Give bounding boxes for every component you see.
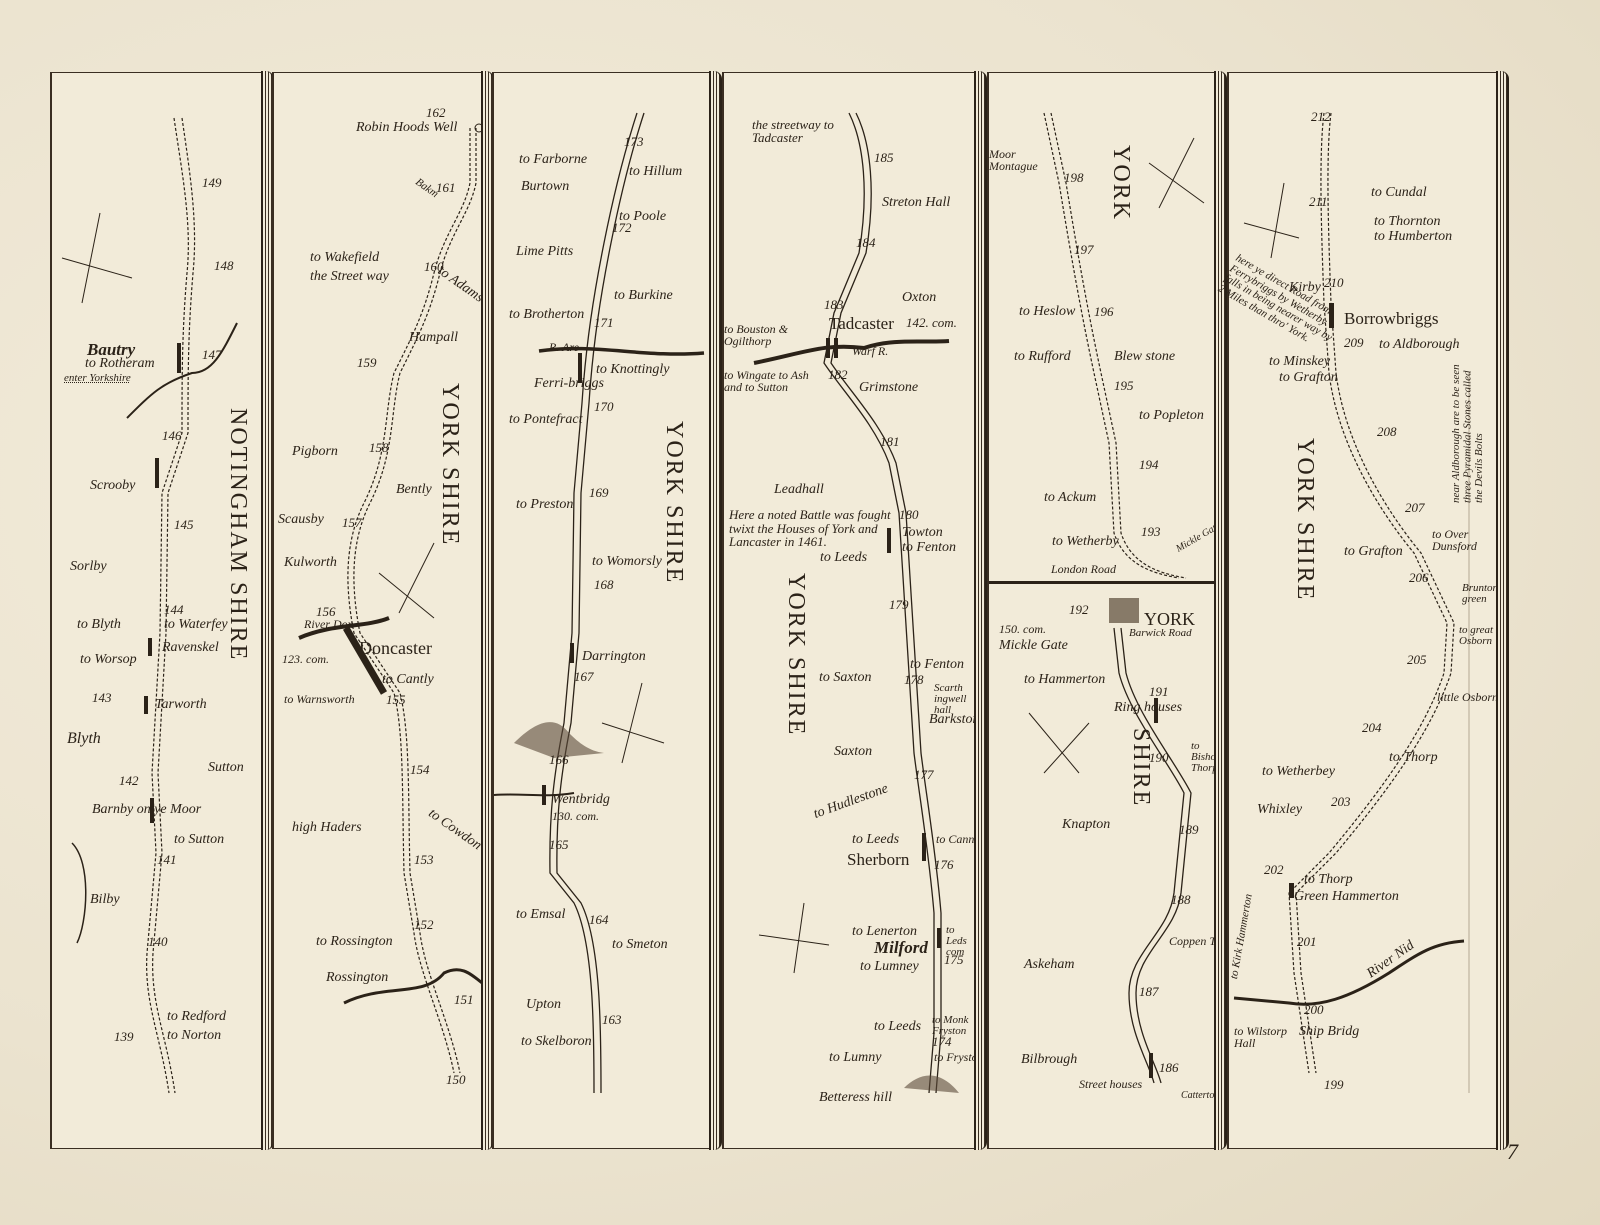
place-label: to Thorp (1389, 751, 1438, 765)
milestone: 212 (1311, 110, 1331, 123)
place-label: Sutton (208, 761, 244, 775)
strip-6: 212 to Cundal 211 to Thornton to Humbert… (1227, 72, 1499, 1149)
place-label: to Brotherton (509, 308, 584, 322)
milestone: 144 (164, 603, 184, 616)
place-label: to Sutton (174, 833, 224, 847)
milestone: 151 (454, 993, 474, 1006)
place-label: Streton Hall (882, 196, 950, 210)
town-barnby: Barnby on ye Moor (92, 803, 201, 817)
town-doncaster: Doncaster (359, 639, 432, 657)
place-label: to Redford (167, 1010, 226, 1024)
milestone: 145 (174, 518, 194, 531)
river-label: R. Are (549, 341, 579, 353)
place-label: to Leeds (852, 833, 899, 847)
road-strip-4 (724, 73, 977, 1148)
place-label: to Preston (516, 498, 573, 512)
place-label: to Rossington (316, 935, 393, 949)
milestone: 209 (1344, 336, 1364, 349)
place-label: Brunton green (1462, 583, 1502, 605)
milestone: 148 (214, 259, 234, 272)
town-ferribriggs: Ferri-briggs (534, 377, 604, 391)
milestone: 155 (386, 693, 406, 706)
place-label: to Bishop Thorp (1191, 741, 1219, 774)
place-label: Catterton (1181, 1091, 1219, 1101)
place-label: 142. com. (906, 316, 957, 329)
place-label: to Fenton (902, 541, 956, 555)
milestone: 143 (92, 691, 112, 704)
milestone: 210 (1324, 276, 1344, 289)
county-label-top: YORK (1107, 145, 1134, 305)
milestone: 195 (1114, 379, 1134, 392)
place-label: to Burkine (614, 289, 673, 303)
strip-3: 173 172 171 170 169 168 167 166 165 164 … (492, 72, 712, 1149)
place-label: Pigborn (292, 445, 338, 459)
town-milford: Milford (874, 939, 928, 956)
town-borrowbriggs: Borrowbriggs (1344, 310, 1438, 327)
milestone: 171 (594, 316, 614, 329)
place-label: to Farborne (519, 153, 587, 167)
milestone: 169 (589, 486, 609, 499)
milestone: 202 (1264, 863, 1284, 876)
place-label: Robin Hoods Well (356, 120, 466, 135)
place-label: the streetway to Tadcaster (752, 118, 852, 144)
town-wentbridg: Wentbridg (552, 793, 610, 807)
strip-4: the streetway to Tadcaster 185 Streton H… (722, 72, 977, 1149)
place-label: Grimstone (859, 381, 918, 395)
milestone: 152 (414, 918, 434, 931)
place-label: to Saxton (819, 671, 872, 685)
milestone: 150 (446, 1073, 466, 1086)
place-label: the Street way (310, 270, 389, 284)
milestone: 208 (1377, 425, 1397, 438)
place-label: Kulworth (284, 556, 337, 570)
milestone: 139 (114, 1030, 134, 1043)
place-label: Betteress hill (819, 1091, 892, 1105)
milestone: 180 (899, 508, 919, 521)
milestone: 140 (148, 935, 168, 948)
place-label: to Norton (167, 1029, 221, 1043)
place-label: to Womorsly (592, 555, 662, 569)
place-label: to Cundal (1371, 186, 1427, 200)
place-label: Upton (526, 998, 561, 1012)
place-label: to Grafton (1279, 371, 1338, 385)
place-label: to Leeds (874, 1020, 921, 1034)
place-label: 150. com. (999, 623, 1046, 635)
milestone: 174 (932, 1035, 952, 1048)
town-york: YORK (1144, 610, 1195, 628)
place-label: to Humberton (1374, 230, 1452, 244)
milestone: 153 (414, 853, 434, 866)
milestone: 154 (410, 763, 430, 776)
county-label: YORK SHIRE (660, 421, 687, 881)
place-label: to Knottingly (596, 363, 670, 377)
place-label: Street houses (1079, 1078, 1142, 1090)
milestone: 184 (856, 236, 876, 249)
place-label: Scausby (278, 513, 324, 527)
milestone: 189 (1179, 823, 1199, 836)
place-label: to Heslow (1019, 305, 1075, 319)
place-label: to Wetherbey (1262, 765, 1335, 779)
milestone: 157 (342, 516, 362, 529)
place-label: to Leeds (820, 551, 867, 565)
milestone: 165 (549, 838, 569, 851)
milestone: 141 (157, 853, 177, 866)
milestone: 204 (1362, 721, 1382, 734)
place-label: to Fryston (934, 1051, 984, 1063)
milestone: 149 (202, 176, 222, 189)
county-label: YORK SHIRE (436, 383, 463, 903)
town-ring-houses: Ring houses (1114, 701, 1182, 715)
town-towton: Towton (902, 526, 943, 540)
place-label: to Lenerton (852, 925, 917, 939)
milestone: 211 (1309, 195, 1328, 208)
town-tadcaster: Tadcaster (829, 315, 894, 332)
town-sherborn: Sherborn (847, 851, 909, 868)
milestone: 177 (914, 768, 934, 781)
page-number: 7 (1507, 1139, 1518, 1165)
place-label: to Smeton (612, 938, 668, 952)
milestone: 201 (1297, 935, 1317, 948)
place-label: Blyth (67, 731, 101, 747)
milestone: 168 (594, 578, 614, 591)
milestone: 166 (549, 753, 569, 766)
place-label: to Worsop (80, 653, 137, 667)
milestone: 207 (1405, 501, 1425, 514)
strip-1: 149 148 147 146 145 144 143 142 141 140 … (50, 72, 264, 1149)
place-label: to Wilstorp Hall (1234, 1025, 1289, 1049)
place-label: to Wingate to Ash and to Sutton (724, 369, 824, 393)
place-label: to Wakefield (310, 251, 379, 265)
milestone: 203 (1331, 795, 1351, 808)
place-label: to Grafton (1344, 545, 1403, 559)
milestone: 175 (944, 953, 964, 966)
road-strip-6 (1229, 73, 1499, 1148)
milestone: 178 (904, 673, 924, 686)
place-label: to Skelboron (521, 1035, 592, 1049)
place-label: 130. com. (552, 810, 599, 822)
place-label: Bilby (90, 893, 120, 907)
place-label: to Cannood (936, 833, 992, 845)
milestone: 185 (874, 151, 894, 164)
place-label: Mickle Gate (999, 639, 1068, 653)
place-label: to Aldborough (1379, 338, 1460, 352)
county-label: YORK SHIRE (1291, 438, 1318, 758)
place-label: Oxton (902, 291, 936, 305)
place-label: to Over Dunsford (1432, 528, 1492, 552)
place-label: Hampall (409, 331, 458, 345)
place-label: Bently (396, 483, 432, 497)
place-label: to Ackum (1044, 491, 1096, 505)
place-label: to great Osborn (1459, 625, 1499, 647)
milestone: 199 (1324, 1078, 1344, 1091)
milestone: 192 (1069, 603, 1089, 616)
place-label: Leadhall (774, 483, 824, 497)
milestone: 200 (1304, 1003, 1324, 1016)
milestone: 163 (602, 1013, 622, 1026)
place-label: Sorlby (70, 560, 107, 574)
place-label: Bilbrough (1021, 1053, 1077, 1067)
milestone: 182 (828, 368, 848, 381)
town-tarworth: Tarworth (155, 698, 207, 712)
milestone: 142 (119, 774, 139, 787)
strip-2: 162 161 160 159 158 157 156 155 154 153 … (272, 72, 484, 1149)
river-label: Warf R. (852, 345, 888, 357)
place-label: Moor Montague (989, 148, 1059, 172)
place-label: to Waterfey (164, 618, 228, 632)
place-label: enter Yorkshire (64, 373, 131, 384)
place-label: to Pontefract (509, 413, 583, 427)
river-label: River Don (304, 618, 354, 630)
milestone: 159 (357, 356, 377, 369)
place-label: Blew stone (1114, 350, 1175, 364)
place-label: to Bouston & Ogilthorp (724, 323, 814, 347)
town-darrington: Darrington (582, 650, 646, 664)
place-label: Barkston (929, 713, 980, 727)
milestone: 197 (1074, 243, 1094, 256)
milestone: 176 (934, 858, 954, 871)
milestone: 147 (202, 348, 222, 361)
milestone: 186 (1159, 1061, 1179, 1074)
place-label: Askeham (1024, 958, 1075, 972)
place-label: to Rotheram (85, 357, 155, 371)
place-label: to Minskey (1269, 355, 1330, 369)
town-scrooby: Scrooby (90, 479, 135, 493)
place-label: Whixley (1257, 803, 1302, 817)
milestone: 198 (1064, 171, 1084, 184)
milestone: 183 (824, 298, 844, 311)
milestone: 206 (1409, 571, 1429, 584)
place-label: Rossington (326, 971, 388, 985)
county-label: YORK SHIRE (782, 573, 809, 843)
place-label: to Cantly (382, 673, 434, 687)
place-label: to Popleton (1139, 409, 1204, 423)
town-green-hammerton: Green Hammerton (1294, 890, 1399, 904)
place-label: Lime Pitts (516, 245, 573, 259)
milestone: 181 (880, 435, 900, 448)
place-label: to Hillum (629, 165, 682, 179)
milestone: 188 (1171, 893, 1191, 906)
place-label: Burtown (521, 180, 569, 194)
place-label: to Warnsworth (284, 693, 355, 705)
place-label: to Lumny (829, 1051, 882, 1065)
place-label: to Wetherby (1052, 535, 1119, 549)
place-label: Saxton (834, 745, 872, 759)
milestone: 205 (1407, 653, 1427, 666)
milestone: 164 (589, 913, 609, 926)
place-label: to Hammerton (1024, 673, 1105, 687)
place-label: 123. com. (282, 653, 329, 665)
milestone: 158 (369, 441, 389, 454)
milestone: 162 (426, 106, 446, 119)
place-label: to Lumney (860, 960, 919, 974)
milestone: 196 (1094, 305, 1114, 318)
place-label: to Thornton (1374, 215, 1441, 229)
milestone: 167 (574, 670, 594, 683)
place-label: little Osborn (1437, 691, 1498, 703)
milestone: 193 (1141, 525, 1161, 538)
milestone: 173 (624, 135, 644, 148)
place-label: high Haders (292, 821, 362, 835)
place-label: London Road (1051, 563, 1116, 575)
battle-note: Here a noted Battle was fought twixt the… (729, 508, 894, 549)
place-label: Barwick Road (1129, 628, 1192, 639)
place-label: to Emsal (516, 908, 565, 922)
place-label: to Blyth (77, 618, 121, 632)
place-label: to Poole (619, 210, 666, 224)
place-label: to Thorp (1304, 873, 1353, 887)
county-label-bottom: SHIRE (1127, 728, 1154, 898)
section-divider (989, 581, 1217, 584)
devils-bolts-note: near Aldborough are to be seen three Pyr… (1451, 363, 1486, 503)
milestone: 191 (1149, 685, 1169, 698)
milestone: 146 (162, 429, 182, 442)
place-label: to Fenton (910, 658, 964, 672)
county-label: NOTINGHAM SHIRE (224, 408, 251, 661)
milestone: 194 (1139, 458, 1159, 471)
milestone: 170 (594, 400, 614, 413)
milestone: 187 (1139, 985, 1159, 998)
milestone: 179 (889, 598, 909, 611)
town-ship-bridg: Ship Bridg (1299, 1025, 1359, 1039)
place-label: Knapton (1062, 818, 1110, 832)
town-ravenskel: Ravenskel (162, 641, 219, 655)
place-label: to Rufford (1014, 350, 1071, 364)
strip-5: Moor Montague 198 197 to Heslow 196 to R… (987, 72, 1217, 1149)
